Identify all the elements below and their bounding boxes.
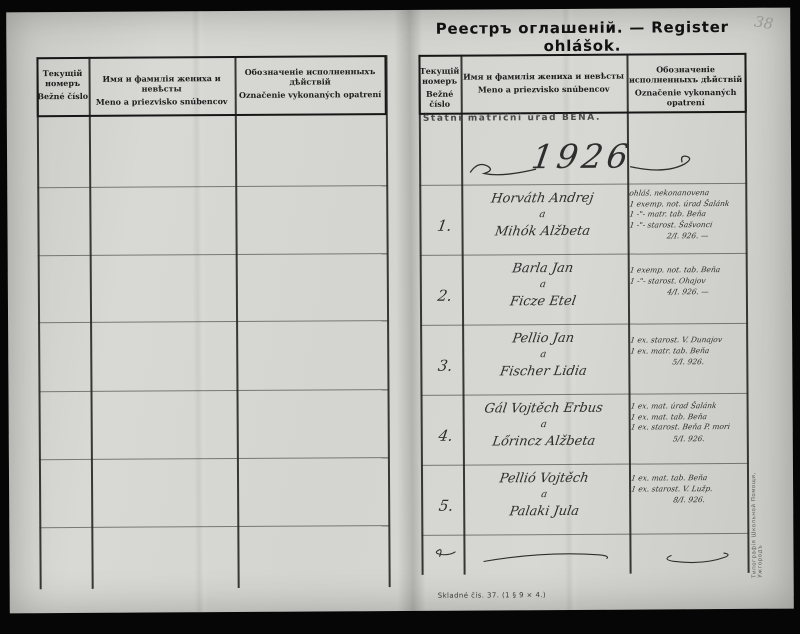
right-col3-header: Обозначеніе исполненныхъ дѣйствій Označe…: [627, 64, 745, 108]
col2-label-ru: Имя и фамилія жениха и невѣсты: [461, 71, 627, 82]
entry-notes: 1 ex. starost. V. Dunajov 1 ex. matr. ta…: [630, 335, 746, 368]
left-col1-header: Текущій номеръ Bežné číslo: [37, 68, 89, 101]
groom-name: Horváth Andrej: [466, 191, 618, 207]
col2-label-sk: Meno a priezvisko snúbencov: [89, 96, 235, 107]
note-line: 1 -"- starost. Ohajov: [629, 275, 747, 286]
bride-name: Palaki Jula: [468, 504, 620, 520]
col2-label-ru: Имя и фамилія жениха и невѣсты: [89, 73, 235, 94]
handwritten-page-number: 38: [753, 12, 775, 33]
groom-name: Pellio Jan: [467, 331, 619, 347]
entry-notes: 1 exemp. not. tab. Beňa 1 -"- starost. O…: [630, 265, 746, 298]
register-double-page: Текущій номеръ Bežné číslo Имя и фамилія…: [6, 8, 794, 614]
register-entry: 5. Pellió Vojtěch a Palaki Jula 1 ex. ma…: [421, 463, 749, 535]
entry-notes: 1 ex. mat. tab. Beňa 1 ex. starost. V. L…: [631, 473, 747, 506]
note-line: 1 ex. starost. V. Dunajov: [629, 335, 747, 346]
bride-name: Fischer Lidia: [467, 364, 619, 380]
scanned-register-photo: Текущій номеръ Bežné číslo Имя и фамилія…: [0, 0, 800, 634]
register-entry: 2. Barla Jan a Ficze Etel 1 exemp. not. …: [420, 253, 748, 325]
entry-number: 1.: [426, 217, 463, 235]
left-col3-header: Обозначеніе исполненныхъ дѣйствій Označe…: [235, 66, 386, 100]
register-entry: 1. Horváth Andrej a Mihók Alžbeta ohláš.…: [419, 183, 747, 255]
registry-office-stamp: Štátni matriční úřad BEŇA.: [423, 112, 653, 123]
entry-number: 3.: [427, 357, 464, 375]
page-title: Реестръ оглашеній. — Register ohlášok.: [418, 18, 746, 56]
note-line: 1 ex. matr. tab. Beňa: [629, 345, 747, 356]
col1-label-ru: Текущій номеръ: [419, 66, 461, 86]
groom-name: Pellió Vojtěch: [468, 471, 620, 487]
note-line: 1 ex. mat. úrad Šalánk: [630, 401, 748, 412]
note-date: 4/I. 926. —: [629, 287, 747, 298]
bride-name: Mihók Alžbeta: [466, 224, 618, 240]
col1-label-sk: Bežné číslo: [37, 91, 89, 101]
entry-number: 4.: [427, 427, 464, 445]
groom-name: Gál Vojtěch Erbus: [467, 401, 619, 417]
entry-notes: 1 ex. mat. úrad Šalánk 1 ex. mat. tab. B…: [631, 401, 747, 445]
note-line: 1 -"- matr. tab. Beňa: [629, 209, 747, 220]
note-date: 8/I. 926.: [630, 495, 748, 506]
conjunction: a: [467, 349, 619, 361]
col3-label-sk: Označenie vykonaných opatrení: [235, 89, 386, 100]
conjunction: a: [468, 419, 620, 431]
right-col1-header: Текущій номеръ Bežné číslo: [419, 66, 461, 109]
printer-imprint: Типографія Школьной Помощи, Ужгородъ: [751, 463, 764, 578]
note-line: ohláš. nekonanovena: [628, 188, 746, 199]
note-line: 1 ex. starost. Beňa P. mori: [630, 422, 748, 433]
entry-number: 2.: [427, 287, 464, 305]
col1-label-sk: Bežné číslo: [419, 89, 461, 109]
groom-name: Barla Jan: [467, 261, 619, 277]
note-line: 1 -"- starost. Šašvonci: [629, 219, 747, 230]
col1-label-ru: Текущій номеръ: [37, 68, 89, 88]
col3-label-ru: Обозначеніе исполненныхъ дѣйствій: [235, 66, 386, 87]
entry-notes: ohláš. nekonanovena 1 exemp. not. úrad Š…: [629, 188, 745, 242]
note-line: 1 exemp. not. úrad Šalánk: [629, 198, 747, 209]
note-line: 1 ex. mat. tab. Beňa: [630, 411, 748, 422]
col2-label-sk: Meno a priezvisko snúbencov: [461, 84, 627, 95]
bride-name: Ficze Etel: [467, 294, 619, 310]
bride-name: Lőrincz Alžbeta: [468, 434, 620, 450]
register-entry: 4. Gál Vojtěch Erbus a Lőrincz Alžbeta 1…: [421, 393, 749, 465]
conjunction: a: [468, 489, 620, 501]
note-date: 2/I. 926. —: [629, 231, 747, 242]
note-line: 1 ex. mat. tab. Beňa: [630, 473, 748, 484]
col3-label-ru: Обозначеніе исполненныхъ дѣйствій: [627, 64, 745, 85]
register-entry: 3. Pellio Jan a Fischer Lidia 1 ex. star…: [420, 323, 748, 395]
conjunction: a: [467, 209, 619, 221]
left-col2-header: Имя и фамилія жениха и невѣсты Meno a pr…: [89, 73, 235, 107]
entry-number: 5.: [428, 497, 465, 515]
right-col2-header: Имя и фамилія жениха и невѣсты Meno a pr…: [461, 71, 627, 95]
note-date: 5/I. 926.: [630, 357, 748, 368]
note-line: 1 ex. starost. V. Lužp.: [630, 483, 748, 494]
note-date: 5/I. 926.: [630, 433, 748, 444]
note-line: 1 exemp. not. tab. Beňa: [629, 265, 747, 276]
col3-label-sk: Označenie vykonaných opatrení: [627, 87, 745, 108]
handwritten-year: 1926: [514, 136, 650, 176]
form-footer-note: Skladné čís. 37. (1 § 9 × 4.): [438, 591, 546, 600]
conjunction: a: [467, 279, 619, 291]
ditto-flourishes: [421, 533, 749, 575]
